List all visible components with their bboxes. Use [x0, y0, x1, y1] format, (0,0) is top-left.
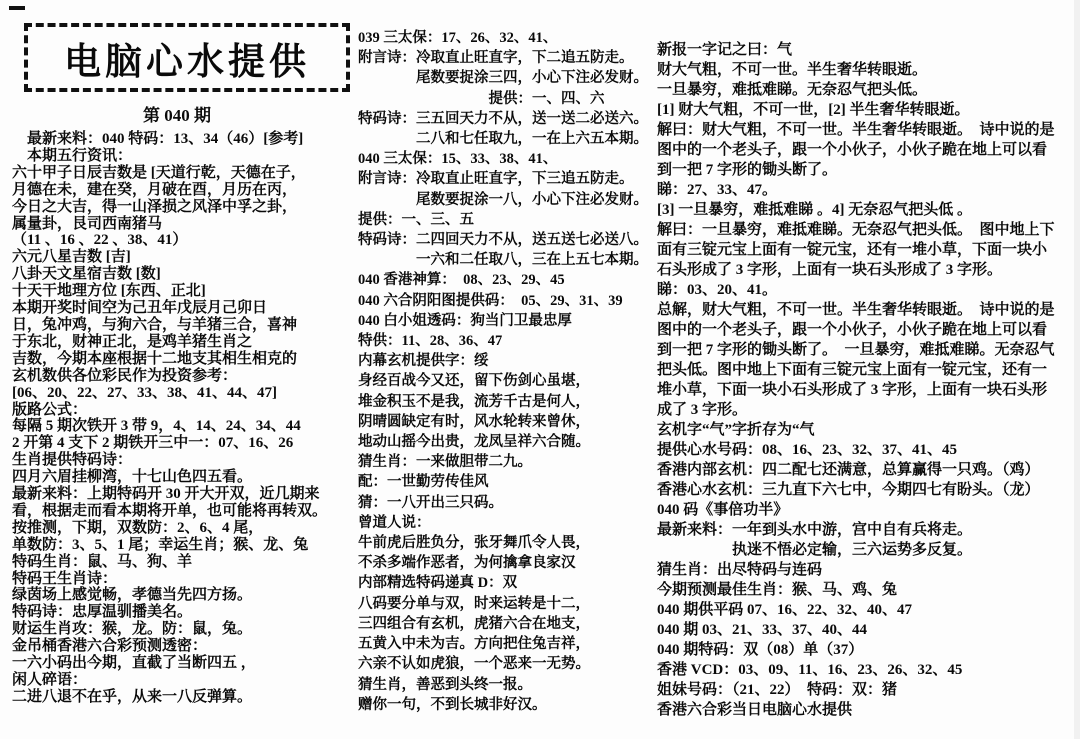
text-line: 到一把 7 字形的锄头断了。 一旦暴穷，难抵难睇。无奈忍气: [657, 340, 1077, 360]
text-line: 面有三锭元宝上面有一锭元宝，还有一堆小草，下面一块小: [657, 240, 1077, 260]
text-line: 猜生肖：一来做胆带二九。: [358, 452, 656, 472]
text-line: 2 开第 4 支下 2 期铁开三中一：07、16、26: [12, 435, 358, 452]
text-line: 香港 VCD：03、09、11、16、23、26、32、45: [657, 660, 1077, 680]
text-line: 执迷不悟必定输，三六运势多反复。: [657, 540, 1077, 560]
text-line: 新报一字记之曰：气: [657, 40, 1077, 60]
text-line: 今期预测最佳生肖：猴、马、鸡、兔: [657, 580, 1077, 600]
text-line: 版路公式：: [12, 402, 358, 419]
text-line: 040 期 03、21、33、37、40、44: [657, 620, 1077, 640]
text-line: 身经百战今又还，留下伤剑心虽堪，: [358, 371, 656, 391]
text-line: 每隔 5 期次铁开 3 带 9，4、14、24、34、44: [12, 418, 358, 435]
text-line: 按推测，下期，双数防：2、6、4 尾，: [12, 520, 358, 537]
middle-column: 039 三太保：17、26、32、41、附言诗：冷取直止旺直字，下二追五防走。 …: [358, 28, 656, 715]
text-line: 一六和二任取八，三在上五七本期。: [358, 250, 656, 270]
text-line: 香港心水玄机：三九直下六七中，今期四七有盼头。（龙）: [657, 480, 1077, 500]
text-line: 姐妹号码：（21、22） 特码：双：猪: [657, 680, 1077, 700]
text-line: 属量卦，艮司西南猪马: [12, 216, 358, 233]
text-line: 闲人碎语：: [12, 672, 358, 689]
title-box: 电脑心水提供: [24, 23, 350, 92]
text-line: 成了 3 字形。: [657, 400, 1077, 420]
text-line: 牛前虎后胜负分，张牙舞爪令人畏，: [358, 533, 656, 553]
text-line: 附言诗：冷取直止旺直字，下三追五防走。: [358, 169, 656, 189]
text-line: 单数防：3、5、1 尾；幸运生肖；猴、龙、兔: [12, 537, 358, 554]
text-line: 本期开奖时间空为己丑年戊辰月己卯日: [12, 300, 358, 317]
text-line: 月德在未，建在癸，月破在酉，月历在丙，: [12, 182, 358, 199]
scan-edge-shadow: [1074, 0, 1080, 739]
text-line: 到一把 7 字形的锄头断了。: [657, 160, 1077, 180]
text-line: 六十甲子日辰吉数是 [天道行乾，天德在子，: [12, 165, 358, 182]
text-line: 堆金积玉不是我，流芳千古是何人，: [358, 392, 656, 412]
text-line: 二进八退不在乎，从来一八反弹算。: [12, 689, 358, 706]
text-line: 三四组合有玄机，虎猪六合在地支，: [358, 614, 656, 634]
text-line: 地动山摇今出贵，龙凤呈祥六合随。: [358, 432, 656, 452]
text-line: 生肖提供特码诗：: [12, 452, 358, 469]
text-line: 图中的一个老头子，跟一个小伙子，小伙子跪在地上可以看: [657, 320, 1077, 340]
text-line: [1] 财大气粗，不可一世，[2] 半生奢华转眼逝。: [657, 100, 1077, 120]
text-line: 睇：03、20、41。: [657, 280, 1077, 300]
text-line: 阴晴圆缺定有时，风水轮转来曾休，: [358, 412, 656, 432]
text-line: 香港六合彩当日电脑心水提供: [657, 700, 1077, 720]
left-column: 电脑心水提供 第 040 期 最新来料：040 特码：13、34（46）[参考]…: [12, 23, 358, 706]
text-line: 财大气粗，不可一世。半生奢华转眼逝。: [657, 60, 1077, 80]
left-column-lines: 最新来料：040 特码：13、34（46）[参考] 本期五行资讯：六十甲子日辰吉…: [12, 131, 358, 706]
text-line: 金吊桶香港六合彩预测透密：: [12, 638, 358, 655]
right-column: 新报一字记之曰：气财大气粗，不可一世。半生奢华转眼逝。一旦暴穷，难抵难睇。无奈忍…: [657, 40, 1077, 720]
text-line: 玄机数供各位彩民作为投资参考：: [12, 368, 358, 385]
text-line: [3] 一旦暴穷，难抵难睇 。4] 无奈忍气把头低 。: [657, 200, 1077, 220]
text-line: 六亲不认如虎狼，一个恶来一无势。: [358, 654, 656, 674]
text-line: 040 三太保：15、33、38、41、: [358, 149, 656, 169]
text-line: 040 香港神算： 08、23、29、45: [358, 270, 656, 290]
text-line: 特码王生肖诗：: [12, 571, 358, 588]
text-line: 十天干地理方位 [东西、正北]: [12, 283, 358, 300]
text-line: 今日之大吉，得一山泽损之风泽中孚之卦，: [12, 199, 358, 216]
text-line: 二八和七任取九，一在上六五本期。: [358, 129, 656, 149]
text-line: 039 三太保：17、26、32、41、: [358, 28, 656, 48]
text-line: （11 、16 、22 、38、41）: [12, 232, 358, 249]
text-line: 040 期特码：双（08）单（37）: [657, 640, 1077, 660]
text-line: 附言诗：冷取直止旺直字，下二追五防走。: [358, 48, 656, 68]
text-line: 特码诗：忠厚温驯播美名。: [12, 604, 358, 621]
text-line: [06、20、22、27、33、38、41、44、47]: [12, 385, 358, 402]
text-line: 提供：一、三、五: [358, 210, 656, 230]
text-line: 八码要分单与双，时来运转是十二，: [358, 594, 656, 614]
text-line: 提供：一、四、六: [358, 89, 656, 109]
text-line: 八卦天文星宿吉数 [数]: [12, 266, 358, 283]
text-line: 六元八星吉数 [吉]: [12, 249, 358, 266]
text-line: 绿茵场上感觉畅，孝德当先四方扬。: [12, 587, 358, 604]
text-line: 日，兔冲鸡，与狗六合，与羊猪三合，喜神: [12, 317, 358, 334]
text-line: 曾道人说：: [358, 513, 656, 533]
text-line: 不杀多端作恶者，为何擒拿良家汉: [358, 553, 656, 573]
text-line: 最新来料：040 特码：13、34（46）[参考]: [12, 131, 358, 148]
text-line: 040 白小姐透码：狗当门卫最忠厚: [358, 311, 656, 331]
text-line: 堆小草，下面一块小石头形成了 3 字形，上面有一块石头形: [657, 380, 1077, 400]
text-line: 睇：27、33、47。: [657, 180, 1077, 200]
text-line: 040 期供平码 07、16、22、32、40、47: [657, 600, 1077, 620]
text-line: 内幕玄机提供字：绥: [358, 351, 656, 371]
text-line: 尾数要捉涂三四，小心下注必发财。: [358, 68, 656, 88]
text-line: 玄机字“气”字折存为“气: [657, 420, 1077, 440]
text-line: 五黄入中未为吉。方向把住兔吉祥，: [358, 634, 656, 654]
text-line: 最新来料：一年到头水中游，宫中自有兵将走。: [657, 520, 1077, 540]
text-line: 解曰：一旦暴穷，难抵难睇。无奈忍气把头低。 图中地上下: [657, 220, 1077, 240]
text-line: 特供：11、28、36、47: [358, 331, 656, 351]
text-line: 一六小码出今期，直截了当断四五 ，: [12, 655, 358, 672]
text-line: 石头形成了 3 字形，上面有一块石头形成了 3 字形。: [657, 260, 1077, 280]
text-line: 内部精选特码递真 D：双: [358, 573, 656, 593]
text-line: 解曰：财大气粗，不可一世。半生奢华转眼逝。 诗中说的是: [657, 120, 1077, 140]
text-line: 最新来料：上期特码开 30 开大开双，近几期来: [12, 486, 358, 503]
text-line: 赠你一句，不到长城非好汉。: [358, 695, 656, 715]
text-line: 四月六眉挂柳湾，十七山色四五看。: [12, 469, 358, 486]
page-title: 电脑心水提供: [64, 31, 310, 85]
text-line: 看，根据走而看本期将开单，也可能将再转双。: [12, 503, 358, 520]
scan-corner-artifact: [9, 6, 25, 10]
text-line: 财运生肖攻：猴，龙。防：鼠，兔。: [12, 621, 358, 638]
text-line: 猜生肖：出尽特码与连码: [657, 560, 1077, 580]
text-line: 猜：一八开出三只码。: [358, 493, 656, 513]
text-line: 提供心水号码：08、16、23、32、37、41、45: [657, 440, 1077, 460]
text-line: 特码诗：三五回天力不从，送一送二必送六。: [358, 109, 656, 129]
text-line: 特码诗：二四回天力不从，送五送七必送八。: [358, 230, 656, 250]
text-line: 一旦暴穷，难抵难睇。无奈忍气把头低。: [657, 80, 1077, 100]
text-line: 把头低。图中地上下面有三锭元宝上面有一锭元宝，还有一: [657, 360, 1077, 380]
text-line: 尾数要捉涂一八，小心下注必发财。: [358, 190, 656, 210]
text-line: 猜生肖，善恶到头终一报。: [358, 675, 656, 695]
text-line: 配：一世勤劳传佳风: [358, 472, 656, 492]
text-line: 040 六合阴阳图提供码： 05、29、31、39: [358, 291, 656, 311]
text-line: 总解，财大气粗，不可一世。半生奢华转眼逝。 诗中说的是: [657, 300, 1077, 320]
text-line: 于东北，财神正北，是鸡羊猪生肖之: [12, 334, 358, 351]
lottery-tip-sheet: 电脑心水提供 第 040 期 最新来料：040 特码：13、34（46）[参考]…: [0, 0, 1080, 739]
issue-number: 第 040 期: [12, 101, 342, 126]
text-line: 吉数，今期本座根据十二地支其相生相克的: [12, 351, 358, 368]
text-line: 040 码《事倍功半》: [657, 500, 1077, 520]
text-line: 香港内部玄机：四二配七还满意，总算赢得一只鸡。（鸡）: [657, 460, 1077, 480]
text-line: 特码生肖：鼠、马、狗、羊: [12, 554, 358, 571]
text-line: 图中的一个老头子，跟一个小伙子，小伙子跪在地上可以看: [657, 140, 1077, 160]
text-line: 本期五行资讯：: [12, 148, 358, 165]
